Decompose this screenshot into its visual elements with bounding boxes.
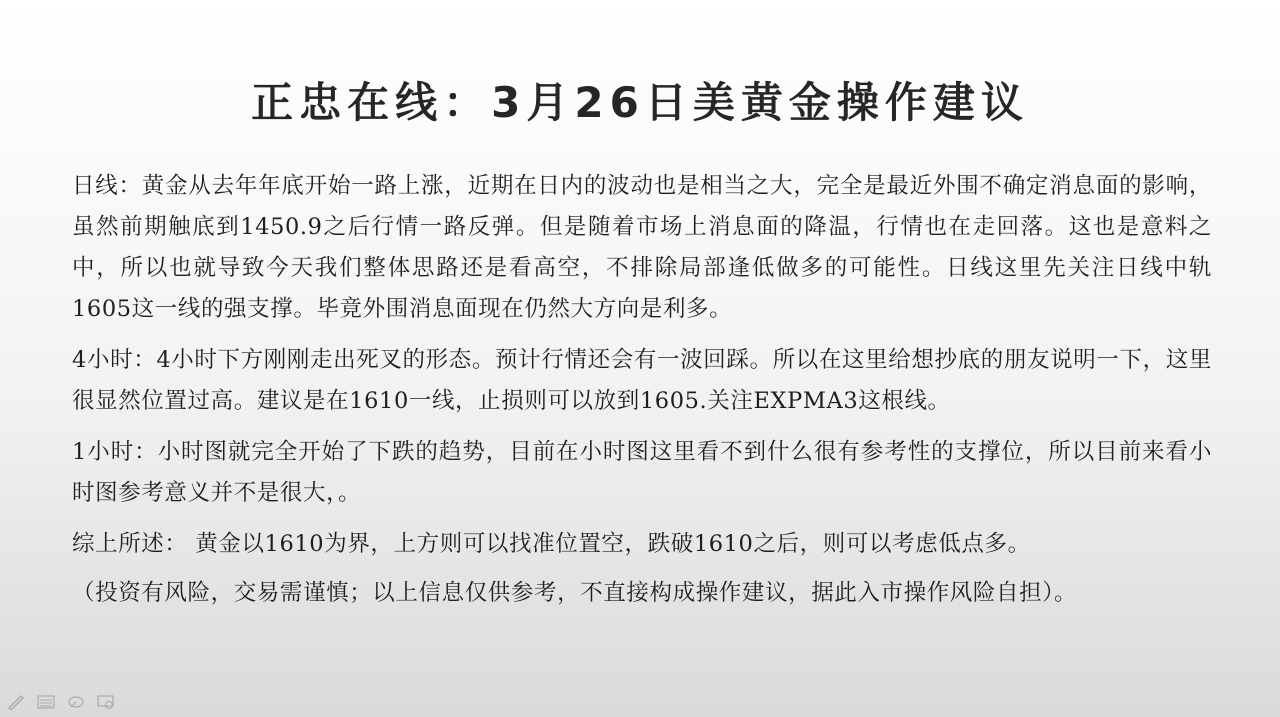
slide-grid-icon	[37, 694, 55, 710]
slideshow-toolbar	[6, 693, 116, 711]
paragraph-disclaimer: （投资有风险，交易需谨慎；以上信息仅供参考，不直接构成操作建议，据此入市操作风险…	[72, 573, 1212, 614]
pointer-options-button[interactable]	[66, 693, 86, 711]
paragraph-summary: 综上所述： 黄金以1610为界，上方则可以找准位置空，跌破1610之后，则可以考…	[72, 524, 1212, 565]
pen-tool-button[interactable]	[6, 693, 26, 711]
paragraph-4-hour: 4小时：4小时下方刚刚走出死叉的形态。预计行情还会有一波回踩。所以在这里给想抄底…	[72, 340, 1212, 422]
paragraph-daily: 日线：黄金从去年年底开始一路上涨，近期在日内的波动也是相当之大，完全是最近外围不…	[72, 166, 1212, 330]
slide-title: 正忠在线：3月26日美黄金操作建议	[0, 70, 1280, 130]
paragraph-1-hour: 1小时：小时图就完全开始了下跌的趋势，目前在小时图这里看不到什么很有参考性的支撑…	[72, 432, 1212, 514]
pointer-icon	[67, 694, 85, 710]
screen-options-button[interactable]	[96, 693, 116, 711]
pen-icon	[7, 694, 25, 710]
presentation-slide: 正忠在线：3月26日美黄金操作建议 日线：黄金从去年年底开始一路上涨，近期在日内…	[0, 0, 1280, 717]
screen-icon	[97, 694, 115, 710]
slide-body: 日线：黄金从去年年底开始一路上涨，近期在日内的波动也是相当之大，完全是最近外围不…	[72, 166, 1212, 624]
slide-overview-button[interactable]	[36, 693, 56, 711]
